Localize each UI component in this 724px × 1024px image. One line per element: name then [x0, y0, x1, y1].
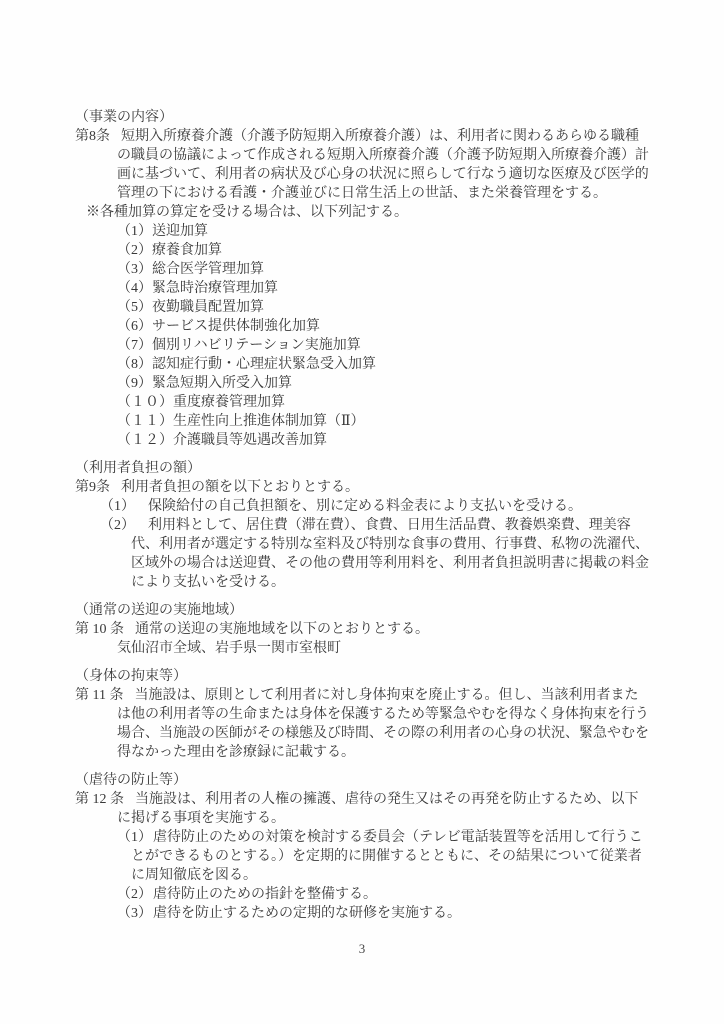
article-10-number: 第 10 条	[75, 622, 124, 637]
section-transport-area: （通常の送迎の実施地域） 第 10 条通常の送迎の実施地域を以下のとおりとする。…	[75, 601, 652, 658]
addition-item-7: （7）個別リハビリテーション実施加算	[75, 336, 652, 355]
item-number: （2）	[100, 518, 135, 533]
additions-note: ※各種加算の算定を受ける場合は、以下列記する。	[75, 203, 652, 222]
article-9-item-2: （2）利用料として、居住費（滞在費）、食費、日用生活品費、教養娯楽費、理美容代、…	[75, 516, 652, 592]
section-abuse-prevention: （虐待の防止等） 第 12 条当施設は、利用者の人権の擁護、虐待の発生又はその再…	[75, 771, 652, 923]
item-number: （3）	[117, 906, 152, 921]
article-11-text: 当施設は、原則として利用者に対し身体拘束を廃止する。但し、当該利用者または他の利…	[117, 688, 649, 760]
section-heading: （利用者負担の額）	[75, 459, 652, 478]
addition-item-4: （4）緊急時治療管理加算	[75, 279, 652, 298]
section-physical-restraint: （身体の拘束等） 第 11 条当施設は、原則として利用者に対し身体拘束を廃止する…	[75, 667, 652, 762]
addition-item-1: （1）送迎加算	[75, 222, 652, 241]
article-12-item-1: （1）虐待防止のための対策を検討する委員会（テレビ電話装置等を活用して行うことが…	[75, 828, 652, 885]
section-business-content: （事業の内容） 第8条短期入所療養介護（介護予防短期入所療養介護）は、利用者に関…	[75, 108, 652, 450]
item-text: 虐待防止のための指針を整備する。	[153, 887, 377, 902]
article-11: 第 11 条当施設は、原則として利用者に対し身体拘束を廃止する。但し、当該利用者…	[75, 686, 652, 762]
addition-item-2: （2）療養食加算	[75, 241, 652, 260]
section-heading: （身体の拘束等）	[75, 667, 652, 686]
article-12: 第 12 条当施設は、利用者の人権の擁護、虐待の発生又はその再発を防止するため、…	[75, 790, 652, 828]
item-text: 利用料として、居住費（滞在費）、食費、日用生活品費、教養娯楽費、理美容代、利用者…	[131, 518, 649, 590]
section-heading: （通常の送迎の実施地域）	[75, 601, 652, 620]
section-user-charges: （利用者負担の額） 第9条利用者負担の額を以下とおりとする。 （1）保険給付の自…	[75, 459, 652, 592]
addition-item-11: （１１）生産性向上推進体制加算（Ⅱ）	[75, 412, 652, 431]
addition-item-3: （3）総合医学管理加算	[75, 260, 652, 279]
section-heading: （虐待の防止等）	[75, 771, 652, 790]
addition-item-9: （9）緊急短期入所受入加算	[75, 374, 652, 393]
article-12-text: 当施設は、利用者の人権の擁護、虐待の発生又はその再発を防止するため、以下に掲げる…	[117, 792, 638, 826]
article-10-text: 通常の送迎の実施地域を以下のとおりとする。	[135, 622, 429, 637]
article-9-text: 利用者負担の額を以下とおりとする。	[121, 480, 359, 495]
article-9-number: 第9条	[75, 480, 110, 495]
article-9: 第9条利用者負担の額を以下とおりとする。	[75, 478, 652, 497]
article-8-number: 第8条	[75, 129, 110, 144]
service-area: 気仙沼市全域、岩手県一関市室根町	[75, 639, 652, 658]
article-12-item-3: （3）虐待を防止するための定期的な研修を実施する。	[75, 904, 652, 923]
item-number: （2）	[117, 887, 152, 902]
item-text: 保険給付の自己負担額を、別に定める料金表により支払いを受ける。	[148, 499, 582, 514]
addition-list: （1）送迎加算 （2）療養食加算 （3）総合医学管理加算 （4）緊急時治療管理加…	[75, 222, 652, 450]
article-12-number: 第 12 条	[75, 792, 124, 807]
article-9-item-1: （1）保険給付の自己負担額を、別に定める料金表により支払いを受ける。	[75, 497, 652, 516]
item-number: （1）	[100, 499, 135, 514]
article-8: 第8条短期入所療養介護（介護予防短期入所療養介護）は、利用者に関わるあらゆる職種…	[75, 127, 652, 203]
item-text: 虐待を防止するための定期的な研修を実施する。	[153, 906, 461, 921]
section-heading: （事業の内容）	[75, 108, 652, 127]
article-10: 第 10 条通常の送迎の実施地域を以下のとおりとする。	[75, 620, 652, 639]
item-text: 虐待防止のための対策を検討する委員会（テレビ電話装置等を活用して行うことができる…	[131, 830, 643, 883]
addition-item-10: （１０）重度療養管理加算	[75, 393, 652, 412]
addition-item-6: （6）サービス提供体制強化加算	[75, 317, 652, 336]
addition-item-5: （5）夜勤職員配置加算	[75, 298, 652, 317]
article-12-item-2: （2）虐待防止のための指針を整備する。	[75, 885, 652, 904]
item-number: （1）	[117, 830, 152, 845]
page-number: 3	[0, 941, 724, 957]
addition-item-8: （8）認知症行動・心理症状緊急受入加算	[75, 355, 652, 374]
article-11-number: 第 11 条	[75, 688, 123, 703]
document-page: （事業の内容） 第8条短期入所療養介護（介護予防短期入所療養介護）は、利用者に関…	[0, 0, 724, 1024]
addition-item-12: （１２）介護職員等処遇改善加算	[75, 431, 652, 450]
article-8-text: 短期入所療養介護（介護予防短期入所療養介護）は、利用者に関わるあらゆる職種の職員…	[117, 129, 649, 201]
